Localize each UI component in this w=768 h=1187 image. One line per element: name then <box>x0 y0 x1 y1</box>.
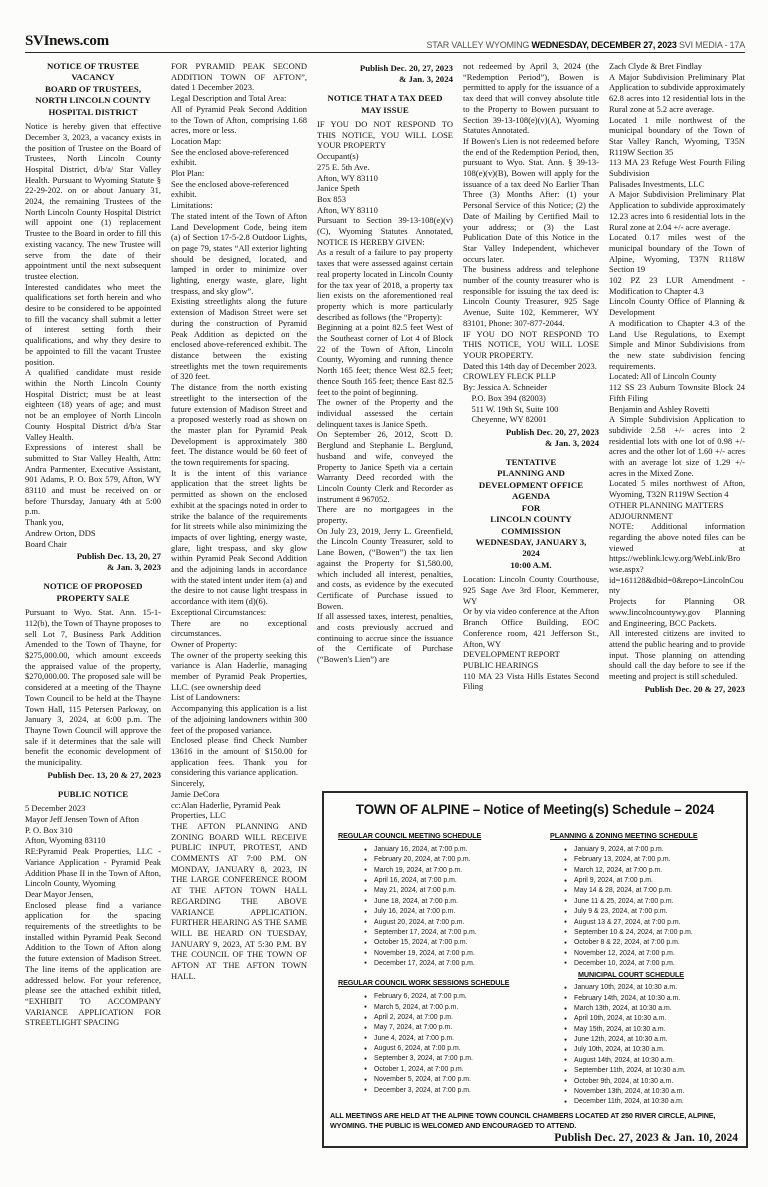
text-block: Location Map: See the enclosed above-ref… <box>171 136 307 211</box>
text-block: OTHER PLANNING MATTERS ADJOURNMENT <box>609 500 745 521</box>
schedule-item: ●April 16, 2024, at 7:00 p.m. <box>364 876 550 886</box>
bullet-icon: ● <box>364 995 367 1000</box>
text-block: Located: All of Lincoln County <box>609 371 745 382</box>
text-block: A qualified candidate must reside within… <box>25 367 161 442</box>
bullet-icon: ● <box>564 920 567 925</box>
text-block: The owner of the Property and the indivi… <box>317 397 453 429</box>
alpine-footer-note: ALL MEETINGS ARE HELD AT THE ALPINE TOWN… <box>330 1111 738 1131</box>
text-block: Dated this 14th day of December 2023. <box>463 361 599 372</box>
text-block: 113 MA 23 Refuge West Fourth Filing Subd… <box>609 157 745 178</box>
text-block: CROWLEY FLECK PLLP By: Jessica A. Schnei… <box>463 371 599 425</box>
schedule-item: ●January 16, 2024, at 7:00 p.m. <box>364 845 550 855</box>
schedule-item: ●December 11th, 2024, at 10:30 a.m. <box>564 1097 738 1107</box>
text-block: Sincerely, Jamie DeCora cc:Alan Haderlie… <box>171 778 307 821</box>
schedule-item: ●May 14 & 28, 2024, at 7:00 p.m. <box>564 886 738 896</box>
text-block: NOTICE OF PROPOSED PROPERTY SALE <box>25 581 161 604</box>
schedule-item: ●September 10 & 24, 2024, at 7:00 p.m. <box>564 928 738 938</box>
schedule-item: ●August 14th, 2024, at 10:30 a.m. <box>564 1056 738 1066</box>
schedule-item: ●May 7, 2024, at 7:00 p.m. <box>364 1023 550 1033</box>
bullet-icon: ● <box>564 1048 567 1053</box>
text-block: PUBLIC NOTICE <box>25 789 161 800</box>
schedule-item: ●February 13, 2024, at 7:00 p.m. <box>564 855 738 865</box>
text-block: On September 26, 2012, Scott D. Berglund… <box>317 429 453 504</box>
bullet-icon: ● <box>564 1017 567 1022</box>
alpine-left-column: REGULAR COUNCIL MEETING SCHEDULE ●Januar… <box>338 825 550 1108</box>
schedule-item: ●September 17, 2024, at 7:00 p.m. <box>364 928 550 938</box>
schedule-item: ●March 19, 2024, at 7:00 p.m. <box>364 866 550 876</box>
schedule-item: ●February 14th, 2024, at 10:30 a.m. <box>564 994 738 1004</box>
schedule-item: ●September 11th, 2024, at 10:30 a.m. <box>564 1066 738 1076</box>
schedule-item: ●August 6, 2024, at 7:00 p.m. <box>364 1044 550 1054</box>
bullet-icon: ● <box>364 1057 367 1062</box>
text-block: A Major Subdivision Preliminary Plat App… <box>609 72 745 115</box>
text-block: IF YOU DO NOT RESPOND TO THIS NOTICE, YO… <box>463 329 599 361</box>
schedule-item: ●December 3, 2024, at 7:00 p.m. <box>364 1086 550 1096</box>
text-block: IF YOU DO NOT RESPOND TO THIS NOTICE, YO… <box>317 119 453 151</box>
bullet-icon: ● <box>564 868 567 873</box>
page-header: SVInews.com STAR VALLEY WYOMING WEDNESDA… <box>25 30 745 50</box>
bullet-icon: ● <box>564 848 567 853</box>
bullet-icon: ● <box>564 1027 567 1032</box>
header-rule <box>25 52 745 53</box>
text-block: The business address and telephone numbe… <box>463 264 599 328</box>
bullet-icon: ● <box>564 1058 567 1063</box>
text-block: NOTICE OF TRUSTEE VACANCY BOARD OF TRUST… <box>25 61 161 118</box>
schedule-item: ●June 4, 2024, at 7:00 p.m. <box>364 1034 550 1044</box>
text-block: Pursuant to Section 39-13-108(e)(v)(C), … <box>317 215 453 247</box>
text-block: A Simple Subdivision Application to subd… <box>609 414 745 478</box>
schedule-item: ●August 20, 2024, at 7:00 p.m. <box>364 918 550 928</box>
text-block: not redeemed by April 3, 2024 (the “Rede… <box>463 61 599 136</box>
bullet-icon: ● <box>364 1026 367 1031</box>
text-block: Publish Dec. 20, 27, 2023 & Jan. 3, 2024 <box>317 63 453 85</box>
text-block: Publish Dec. 13, 20, 27 & Jan. 3, 2023 <box>25 551 161 573</box>
bullet-icon: ● <box>564 910 567 915</box>
text-block: Located 0.17 miles west of the municipal… <box>609 232 745 275</box>
bullet-icon: ● <box>364 941 367 946</box>
text-block: Beginning at a point 82.5 feet West of t… <box>317 322 453 397</box>
bullet-icon: ● <box>564 879 567 884</box>
schedule-item: ●November 13th, 2024, at 10:30 a.m. <box>564 1087 738 1097</box>
bullet-icon: ● <box>564 996 567 1001</box>
bullet-icon: ● <box>364 1036 367 1041</box>
text-block: Enclosed please find a variance applicat… <box>25 900 161 1028</box>
bullet-icon: ● <box>364 1078 367 1083</box>
schedule-item: ●March 13th, 2024, at 10:30 a.m. <box>564 1004 738 1014</box>
text-block: Publish Dec. 20 & 27, 2023 <box>609 684 745 695</box>
alpine-notice-box: TOWN OF ALPINE – Notice of Meeting(s) Sc… <box>322 791 748 1148</box>
bullet-icon: ● <box>364 910 367 915</box>
schedule-item: ●December 10, 2024, at 7:00 p.m. <box>564 959 738 969</box>
text-block: Zach Clyde & Bret Findlay <box>609 61 745 72</box>
text-block: 102 PZ 23 LUR Amendment - Modification t… <box>609 275 745 296</box>
text-block: TENTATIVE PLANNING AND DEVELOPMENT OFFIC… <box>463 457 599 571</box>
header-location: STAR VALLEY WYOMING <box>426 40 529 50</box>
schedule-item: ●January 10th, 2024, at 10:30 a.m. <box>564 983 738 993</box>
bullet-icon: ● <box>564 951 567 956</box>
text-block: A modification to Chapter 4.3 of the Lan… <box>609 318 745 372</box>
schedule-item: ●July 16, 2024, at 7:00 p.m. <box>364 907 550 917</box>
text-block: The owner of the property seeking this v… <box>171 650 307 693</box>
schedule-item: ●April 10th, 2024, at 10:30 a.m. <box>564 1014 738 1024</box>
schedule-item: ●April 2, 2024, at 7:00 p.m. <box>364 1013 550 1023</box>
bullet-icon: ● <box>564 1089 567 1094</box>
text-block: Projects for Planning OR www.lincolncoun… <box>609 596 745 628</box>
text-block: The distance from the north existing str… <box>171 382 307 468</box>
schedule-item: ●February 6, 2024, at 7:00 p.m. <box>364 992 550 1002</box>
header-date: WEDNESDAY, DECEMBER 27, 2023 <box>532 40 677 50</box>
municipal-court-list: ●January 10th, 2024, at 10:30 a.m.●Febru… <box>564 983 738 1107</box>
bullet-icon: ● <box>564 858 567 863</box>
header-edition: SVI MEDIA - 17A <box>679 40 745 50</box>
text-block: Enclosed please find Check Number 13616 … <box>171 735 307 778</box>
bullet-icon: ● <box>364 951 367 956</box>
schedule-item: ●December 17, 2024, at 7:00 p.m. <box>364 959 550 969</box>
text-block: Existing streetlights along the future e… <box>171 296 307 382</box>
text-block: Pursuant to Wyo. Stat. Ann. 15-1-112(b),… <box>25 607 161 768</box>
alpine-publish: Publish Dec. 27, 2023 & Jan. 10, 2024 <box>324 1132 738 1144</box>
bullet-icon: ● <box>364 868 367 873</box>
text-block: 5 December 2023 Mayor Jeff Jensen Town o… <box>25 803 161 846</box>
bullet-icon: ● <box>564 941 567 946</box>
bullet-icon: ● <box>364 1016 367 1021</box>
text-block: THE AFTON PLANNING AND ZONING BOARD WILL… <box>171 821 307 982</box>
text-block: On July 23, 2019, Jerry L. Greenfield, t… <box>317 526 453 612</box>
bullet-icon: ● <box>364 961 367 966</box>
schedule-item: ●October 8 & 22, 2024, at 7:00 p.m. <box>564 938 738 948</box>
text-block: Legal Description and Total Area: <box>171 93 307 104</box>
text-block: It is the intent of this variance applic… <box>171 468 307 607</box>
text-block: Or by via video conference at the Afton … <box>463 606 599 649</box>
text-block: All interested citizens are invited to a… <box>609 628 745 682</box>
masthead: SVInews.com <box>25 33 109 50</box>
schedule-item: ●October 1, 2024, at 7:00 p.m. <box>364 1065 550 1075</box>
text-block: FOR PYRAMID PEAK SECOND ADDITION TOWN OF… <box>171 61 307 93</box>
alpine-title: TOWN OF ALPINE – Notice of Meeting(s) Sc… <box>330 802 740 817</box>
schedule-item: ●October 9th, 2024, at 10:30 a.m. <box>564 1077 738 1087</box>
bullet-icon: ● <box>364 889 367 894</box>
bullet-icon: ● <box>364 930 367 935</box>
text-block: NOTE: Additional information regarding t… <box>609 521 745 596</box>
bullet-icon: ● <box>564 1100 567 1105</box>
text-block: Notice is hereby given that effective De… <box>25 121 161 282</box>
text-block: Palisades Investments, LLC <box>609 179 745 190</box>
bullet-icon: ● <box>364 1067 367 1072</box>
text-block: 112 SS 23 Auburn Townsite Block 24 Fifth… <box>609 382 745 403</box>
municipal-court-heading: MUNICIPAL COURT SCHEDULE <box>578 970 738 979</box>
text-block: As a result of a failure to pay property… <box>317 247 453 322</box>
text-block: NOTICE THAT A TAX DEED MAY ISSUE <box>317 93 453 116</box>
text-block: Lincoln County Office of Planning & Deve… <box>609 296 745 317</box>
schedule-item: ●November 12, 2024, at 7:00 p.m. <box>564 949 738 959</box>
schedule-item: ●June 18, 2024, at 7:00 p.m. <box>364 897 550 907</box>
schedule-item: ●November 19, 2024, at 7:00 p.m. <box>364 949 550 959</box>
alpine-right-column: PLANNING & ZONING MEETING SCHEDULE ●Janu… <box>550 825 738 1108</box>
schedule-item: ●October 15, 2024, at 7:00 p.m. <box>364 938 550 948</box>
text-block: Accompanying this application is a list … <box>171 703 307 735</box>
text-block: DEVELOPMENT REPORT PUBLIC HEARINGS <box>463 649 599 670</box>
schedule-item: ●February 20, 2024, at 7:00 p.m. <box>364 855 550 865</box>
planning-zoning-list: ●January 9, 2024, at 7:00 p.m.●February … <box>564 845 738 969</box>
council-schedule-heading: REGULAR COUNCIL MEETING SCHEDULE <box>338 831 550 840</box>
bullet-icon: ● <box>564 986 567 991</box>
text-block: Expressions of interest shall be submitt… <box>25 442 161 517</box>
text-block: Interested candidates who meet the quali… <box>25 282 161 368</box>
bullet-icon: ● <box>364 879 367 884</box>
bullet-icon: ● <box>364 858 367 863</box>
schedule-item: ●July 10th, 2024, at 10:30 a.m. <box>564 1045 738 1055</box>
work-sessions-list: ●February 6, 2024, at 7:00 p.m.●March 5,… <box>364 992 550 1096</box>
schedule-item: ●March 5, 2024, at 7:00 p.m. <box>364 1003 550 1013</box>
bullet-icon: ● <box>564 1007 567 1012</box>
bullet-icon: ● <box>564 1069 567 1074</box>
text-block: All of Pyramid Peak Second Addition to t… <box>171 104 307 136</box>
text-block: The stated intent of the Town of Afton L… <box>171 211 307 297</box>
text-block: Thank you, Andrew Orton, DDS Board Chair <box>25 517 161 549</box>
bullet-icon: ● <box>364 1088 367 1093</box>
schedule-item: ●January 9, 2024, at 7:00 p.m. <box>564 845 738 855</box>
text-block: Publish Dec. 13, 20 & 27, 2023 <box>25 770 161 781</box>
alpine-schedules: REGULAR COUNCIL MEETING SCHEDULE ●Januar… <box>324 821 746 1108</box>
text-block: Located 5 miles northwest of Afton, Wyom… <box>609 478 745 499</box>
text-block: If all assessed taxes, interest, penalti… <box>317 611 453 665</box>
schedule-item: ●November 5, 2024, at 7:00 p.m. <box>364 1075 550 1085</box>
planning-zoning-heading: PLANNING & ZONING MEETING SCHEDULE <box>550 831 738 840</box>
text-block: Occupant(s) 275 E. 5th Ave. Afton, WY 83… <box>317 151 453 215</box>
text-block: There are no exceptional circumstances. <box>171 618 307 639</box>
bullet-icon: ● <box>564 961 567 966</box>
text-block: List of Landowners: <box>171 692 307 703</box>
bullet-icon: ● <box>564 889 567 894</box>
schedule-item: ●March 12, 2024, at 7:00 p.m. <box>564 866 738 876</box>
text-block: 110 MA 23 Vista Hills Estates Second Fil… <box>463 671 599 692</box>
text-block: Location: Lincoln County Courthouse, 925… <box>463 574 599 606</box>
bullet-icon: ● <box>364 1005 367 1010</box>
schedule-item: ●July 9 & 23, 2024, at 7:00 p.m. <box>564 907 738 917</box>
text-block: If Bowen's Lien is not redeemed before t… <box>463 136 599 264</box>
bullet-icon: ● <box>564 930 567 935</box>
schedule-item: ●September 3, 2024, at 7:00 p.m. <box>364 1054 550 1064</box>
text-block: Dear Mayor Jensen, <box>25 889 161 900</box>
schedule-item: ●June 11 & 25, 2024, at 7:00 p.m. <box>564 897 738 907</box>
bullet-icon: ● <box>564 1079 567 1084</box>
text-block: Publish Dec. 20, 27, 2023 & Jan. 3, 2024 <box>463 427 599 449</box>
column-2: FOR PYRAMID PEAK SECOND ADDITION TOWN OF… <box>171 61 307 1173</box>
header-info: STAR VALLEY WYOMING WEDNESDAY, DECEMBER … <box>426 40 745 50</box>
bullet-icon: ● <box>564 899 567 904</box>
text-block: Located 1 mile northwest of the municipa… <box>609 115 745 158</box>
bullet-icon: ● <box>364 899 367 904</box>
schedule-item: ●May 15th, 2024, at 10:30 a.m. <box>564 1025 738 1035</box>
text-block: A Major Subdivision Preliminary Plat App… <box>609 189 745 232</box>
bullet-icon: ● <box>564 1038 567 1043</box>
bullet-icon: ● <box>364 1047 367 1052</box>
schedule-item: ●April 9, 2024, at 7:00 p.m. <box>564 876 738 886</box>
text-block: Owner of Property: <box>171 639 307 650</box>
column-1: NOTICE OF TRUSTEE VACANCY BOARD OF TRUST… <box>25 61 161 1173</box>
bullet-icon: ● <box>364 848 367 853</box>
schedule-item: ●June 12th, 2024, at 10:30 a.m. <box>564 1035 738 1045</box>
schedule-item: ●August 13 & 27, 2024, at 7:00 p.m. <box>564 918 738 928</box>
text-block: There are no mortgagees in the property. <box>317 504 453 525</box>
newspaper-page: SVInews.com STAR VALLEY WYOMING WEDNESDA… <box>0 0 768 1187</box>
bullet-icon: ● <box>364 920 367 925</box>
work-sessions-heading: REGULAR COUNCIL WORK SESSIONS SCHEDULE <box>338 978 550 987</box>
schedule-item: ●May 21, 2024, at 7:00 p.m. <box>364 886 550 896</box>
text-block: RE:Pyramid Peak Properties, LLC - Varian… <box>25 846 161 889</box>
text-block: Exceptional Circumstances: <box>171 607 307 618</box>
text-block: Benjamin and Ashley Rovetti <box>609 404 745 415</box>
council-schedule-list: ●January 16, 2024, at 7:00 p.m.●February… <box>364 845 550 969</box>
